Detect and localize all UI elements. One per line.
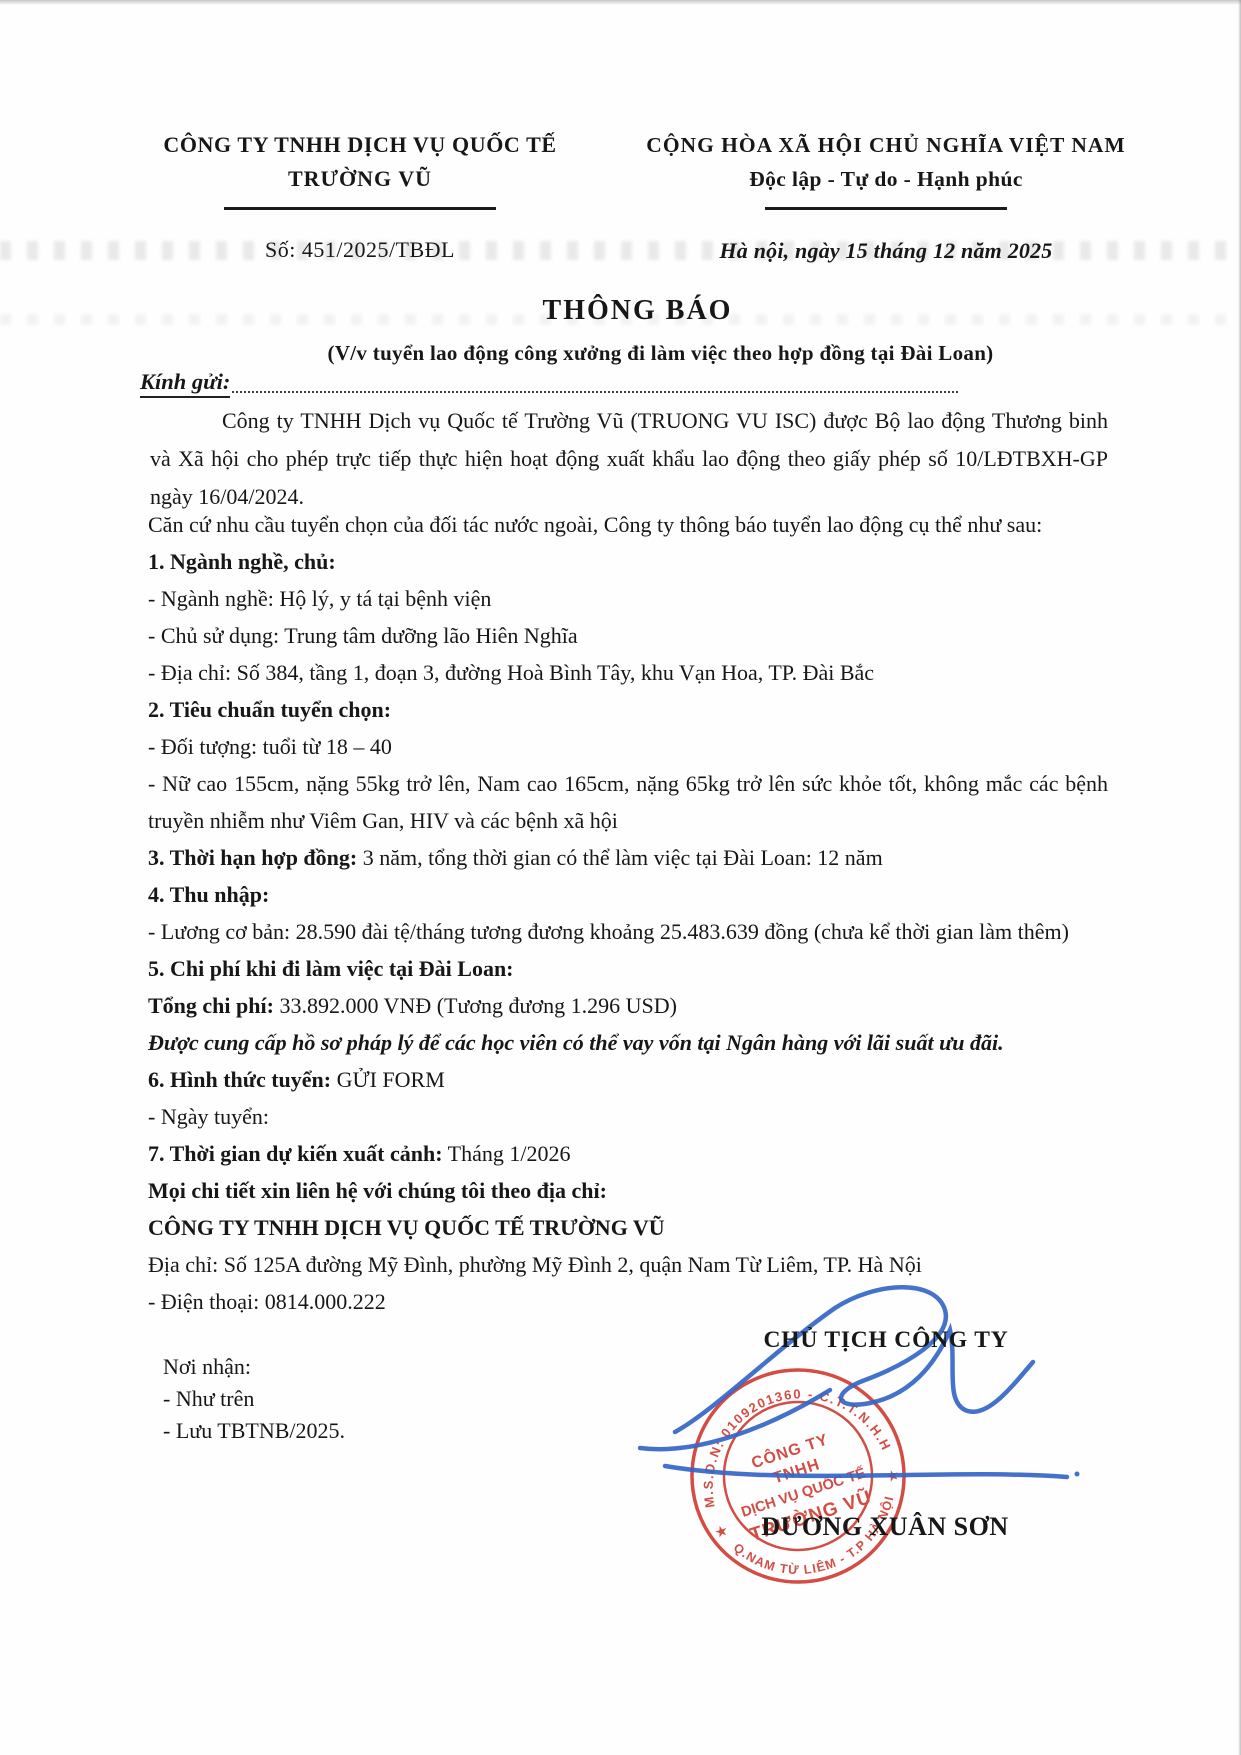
body-line: - Đối tượng: tuổi từ 18 – 40	[148, 728, 1108, 765]
body-line: Căn cứ nhu cầu tuyển chọn của đối tác nư…	[148, 506, 1108, 543]
dotted-leader-line	[232, 391, 958, 393]
document-number: Số: 451/2025/TBĐL	[150, 237, 570, 263]
org-name-line2: TRƯỜNG VŨ	[150, 165, 570, 193]
section-heading: 6. Hình thức tuyển: GỬI FORM	[148, 1061, 1108, 1098]
issue-date-line: Hà nội, ngày 15 tháng 12 năm 2025	[636, 238, 1136, 264]
org-header-block: CÔNG TY TNHH DỊCH VỤ QUỐC TẾ TRƯỜNG VŨ	[150, 131, 570, 210]
body-line: - Địa chỉ: Số 384, tầng 1, đoạn 3, đường…	[148, 654, 1108, 691]
salutation-line: Kính gửi:	[140, 369, 1100, 398]
signer-name: DƯƠNG XUÂN SƠN	[740, 1512, 1030, 1542]
org-header-rule	[224, 207, 496, 210]
signature-stroke-cross	[640, 1390, 830, 1449]
handwritten-signature	[605, 1270, 1241, 1500]
national-motto: Độc lập - Tự do - Hạnh phúc	[636, 165, 1136, 193]
contact-intro-line: Mọi chi tiết xin liên hệ với chúng tôi t…	[148, 1172, 1108, 1209]
scan-edge-artifact-top	[0, 0, 1241, 5]
signature-stroke-main	[675, 1287, 1033, 1432]
signature-pen-dot	[1075, 1472, 1080, 1477]
national-title: CỘNG HÒA XÃ HỘI CHỦ NGHĨA VIỆT NAM	[636, 131, 1136, 159]
body-line: Tổng chi phí: 33.892.000 VNĐ (Tương đươn…	[148, 987, 1108, 1024]
recipients-label: Nơi nhận:	[163, 1351, 345, 1383]
recipient-item: - Như trên	[163, 1383, 345, 1415]
intro-paragraph: Công ty TNHH Dịch vụ Quốc tế Trường Vũ (…	[150, 402, 1108, 516]
org-name-line1: CÔNG TY TNHH DỊCH VỤ QUỐC TẾ	[150, 131, 570, 159]
body-line: - Ngày tuyển:	[148, 1098, 1108, 1135]
section-heading: 5. Chi phí khi đi làm việc tại Đài Loan:	[148, 950, 1108, 987]
salutation-label: Kính gửi:	[140, 369, 230, 398]
signer-title: CHỦ TỊCH CÔNG TY	[746, 1327, 1026, 1354]
body-line: - Lương cơ bản: 28.590 đài tệ/tháng tươn…	[148, 913, 1108, 950]
national-header-rule	[765, 207, 1007, 210]
recipient-item: - Lưu TBTNB/2025.	[163, 1415, 345, 1447]
section-heading: 2. Tiêu chuẩn tuyển chọn:	[148, 691, 1108, 728]
stamp-star-left-icon: ★	[712, 1522, 730, 1542]
body-line: - Chủ sử dụng: Trung tâm dưỡng lão Hiên …	[148, 617, 1108, 654]
section-heading: 7. Thời gian dự kiến xuất cảnh: Tháng 1/…	[148, 1135, 1108, 1172]
section-heading: 3. Thời hạn hợp đồng: 3 năm, tổng thời g…	[148, 839, 1108, 876]
document-subtitle: (V/v tuyển lao động công xưởng đi làm vi…	[0, 341, 1241, 366]
document-title: THÔNG BÁO	[0, 295, 1241, 327]
signature-stroke-tail	[665, 1466, 1067, 1477]
document-body: Căn cứ nhu cầu tuyển chọn của đối tác nư…	[148, 506, 1108, 1320]
section-heading: 4. Thu nhập:	[148, 876, 1108, 913]
section-heading: 1. Ngành nghề, chủ:	[148, 543, 1108, 580]
national-header-block: CỘNG HÒA XÃ HỘI CHỦ NGHĨA VIỆT NAM Độc l…	[636, 131, 1136, 210]
document-page: CÔNG TY TNHH DỊCH VỤ QUỐC TẾ TRƯỜNG VŨ S…	[0, 0, 1241, 1755]
contact-company-line: CÔNG TY TNHH DỊCH VỤ QUỐC TẾ TRƯỜNG VŨ	[148, 1209, 1108, 1246]
recipients-block: Nơi nhận: - Như trên - Lưu TBTNB/2025.	[163, 1351, 345, 1447]
body-line: - Ngành nghề: Hộ lý, y tá tại bệnh viện	[148, 580, 1108, 617]
loan-note-line: Được cung cấp hồ sơ pháp lý để các học v…	[148, 1024, 1108, 1061]
body-line: - Nữ cao 155cm, nặng 55kg trở lên, Nam c…	[148, 765, 1108, 839]
